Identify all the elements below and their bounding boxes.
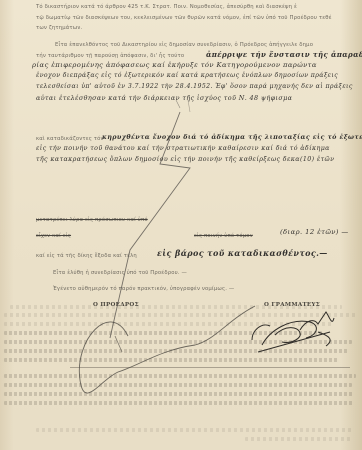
struck-typed-line: μετατρέπει λύρα εἰς πρόσωπιου καί ὑπό (36, 217, 148, 223)
bleed-through-text (4, 349, 348, 353)
bleed-through-text (4, 392, 354, 396)
handwritten-line: εἰς τήν ποινήν τοῦ θανάτου καί τήν στρατ… (36, 145, 330, 152)
typed-line: τήν ταυτάριθμον τῇ παρούσῃ ἀπόφασιν, δι'… (36, 53, 184, 59)
handwritten-line: ρίας ἐπιφερομένης ἀπόφασεως καί ἐκήρυξε … (32, 61, 317, 69)
divider-line (70, 367, 350, 368)
handwritten-line: ἀπέρριψε τήν ἔνστασιν τῆς ἀπαραδεκ- (206, 50, 362, 59)
bleed-through-text (4, 401, 354, 405)
scanned-document-page: Τό δικαστήριον κατά τό άρθρον 425 τ.Κ. Σ… (0, 0, 362, 450)
handwritten-line: τελεσθείσαι ὑπ' αὐτοῦ ἐν 3.7.1922 τὴν 28… (36, 83, 353, 90)
handwritten-line: εἰς βάρος τοῦ καταδικασθέντος.— (157, 248, 328, 258)
bleed-through-text (4, 331, 322, 335)
bleed-through-text (4, 322, 332, 326)
struck-typed-line: εἰς ποινήν ὑπό τόμον (194, 233, 253, 239)
bleed-through-text (36, 428, 352, 432)
bleed-through-text (4, 383, 352, 387)
bleed-through-text (4, 313, 356, 317)
bleed-through-text (4, 374, 356, 378)
handwritten-line: τῆς κατακρατήσεως ὅπλων δημοσίου εἰς τήν… (36, 156, 334, 163)
bleed-through-text (245, 437, 352, 441)
typed-line: τῷ δωματίῳ τῶν διασκέψεων του, κεκλεισμέ… (36, 15, 332, 21)
bleed-through-text (4, 358, 338, 362)
handwritten-line: ἐνοχον διεπράξας εἰς τό ἐξωτερικόν καί κ… (36, 72, 338, 79)
secretary-title: Ο ΓΡΑΜΜΑΤΕΥΣ (264, 302, 320, 308)
president-title: Ο ΠΡΟΕΔΡΟΣ (93, 302, 139, 308)
handwritten-line: αὐται ἐτελέσθησαν κατά τήν διάρκειαν τῆς… (36, 94, 292, 102)
struck-typed-line: εἶχεν καί εἰς (36, 233, 71, 239)
typed-line: καὶ καταδικάζοντες τόν (36, 136, 104, 142)
typed-line: Εἶτα ἐπανελθόντος τοῦ Δικαστηρίου εἰς δη… (55, 42, 313, 48)
typed-line: Εἶτα ἐλύθη ἡ συνεδρίασις ὑπό τοῦ Προέδρο… (53, 270, 187, 276)
typed-line: Τό δικαστήριον κατά τό άρθρον 425 τ.Κ. Σ… (36, 4, 297, 10)
typed-line: Ἐγένετο αὐθημερόν τό παρόν πρακτικόν, ὑπ… (53, 286, 234, 292)
handwritten-line: κηρυχθέντα ἔνοχον διά τό ἀδίκημα τῆς λιπ… (102, 133, 362, 141)
typed-line: των ζητημάτων. (36, 25, 82, 31)
handwritten-margin-note: (διαρ. 12 ἐτῶν) — (280, 228, 349, 236)
bleed-through-text (4, 340, 352, 344)
typed-line: καί εἰς τά τῆς δίκης ἔξοδα καί τέλη (36, 253, 137, 259)
